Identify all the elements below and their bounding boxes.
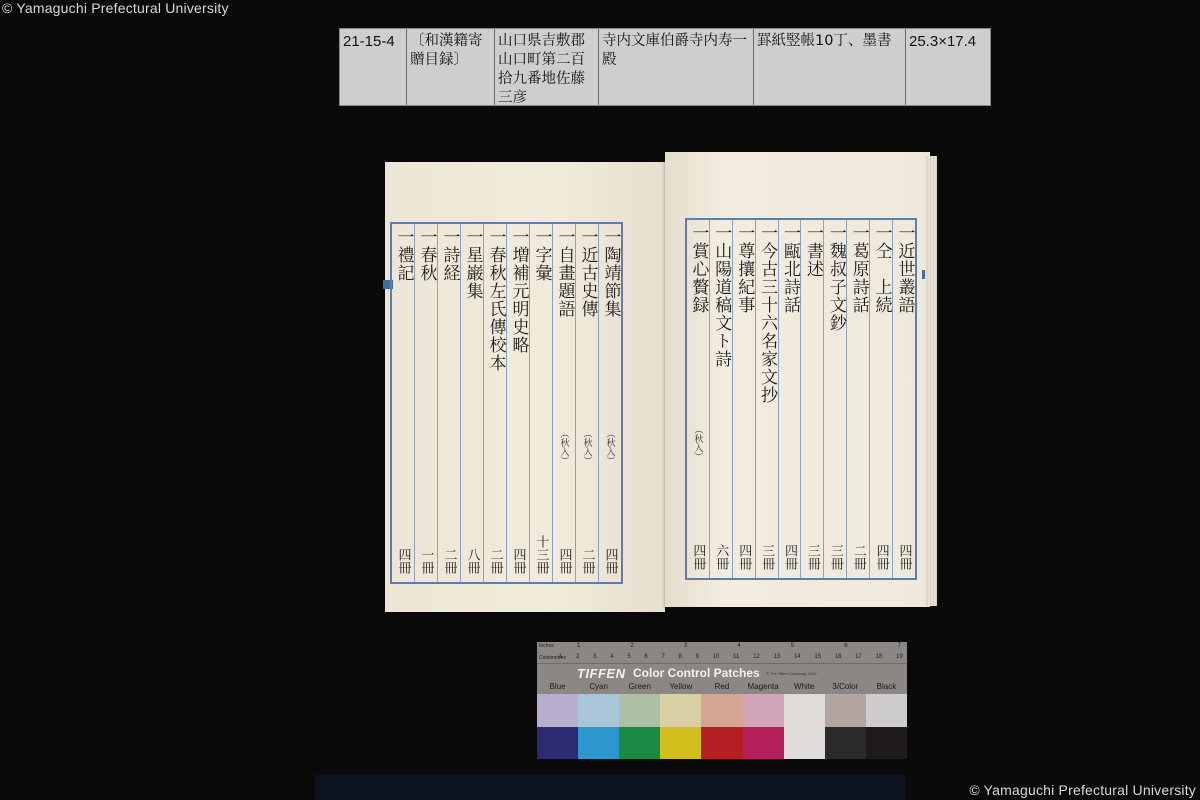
- open-book: 一陶靖節集（秋入）四冊 一近古史傳（秋入）二冊 一自畫題語（秋入）四冊 一字彙十…: [385, 150, 945, 615]
- color-patch-cyan: [578, 694, 619, 759]
- chart-title: Color Control Patches: [633, 666, 760, 680]
- recipient: 寺内文庫伯爵寺内寿一殿: [599, 29, 754, 105]
- copyright-watermark-top: © Yamaguchi Prefectural University: [2, 0, 229, 16]
- left-page-ruled-grid: 一陶靖節集（秋入）四冊 一近古史傳（秋入）二冊 一自畫題語（秋入）四冊 一字彙十…: [390, 222, 623, 584]
- list-item: 一近古史傳（秋入）二冊: [575, 224, 598, 582]
- color-patch-black: [866, 694, 907, 759]
- list-item: 一書述三冊: [800, 220, 823, 578]
- list-item: 一禮記四冊: [392, 224, 414, 582]
- document-title: 〔和漢籍寄贈目録〕: [407, 29, 495, 105]
- color-patch-blue: [537, 694, 578, 759]
- list-item: 一自畫題語（秋入）四冊: [552, 224, 575, 582]
- list-item: 一今古三十六名家文抄三冊: [755, 220, 778, 578]
- call-number: 21-15-4: [340, 29, 407, 105]
- sender-address: 山口県吉敷郡山口町第二百拾九番地佐藤三彦: [495, 29, 599, 105]
- list-item: 一陶靖節集（秋入）四冊: [598, 224, 621, 582]
- color-patch-yellow: [660, 694, 701, 759]
- ruler-inches-label: Inches: [539, 643, 554, 649]
- dimensions: 25.3×17.4: [906, 29, 990, 105]
- list-item: 一仝 上続四冊: [869, 220, 892, 578]
- ruler: Inches Centimetres 1234567 1234567891011…: [537, 642, 907, 664]
- color-patch-white: [784, 694, 825, 759]
- color-patch-3-color: [825, 694, 866, 759]
- copyright-watermark-bottom: © Yamaguchi Prefectural University: [969, 782, 1196, 798]
- list-item: 一魏叔子文鈔三冊: [823, 220, 846, 578]
- list-item: 一山陽道稿文ト詩六冊: [709, 220, 732, 578]
- list-item: 一増補元明史略四冊: [506, 224, 529, 582]
- list-item: 一星巌集八冊: [460, 224, 483, 582]
- list-item: 一字彙十三冊: [529, 224, 552, 582]
- tiffen-logo: TIFFEN: [577, 666, 626, 681]
- list-item: 一春秋左氏傳校本二冊: [483, 224, 506, 582]
- list-item: 一甌北詩話四冊: [778, 220, 801, 578]
- right-page-ruled-grid: 一近世叢語四冊 一仝 上続四冊 一葛原詩話二冊 一魏叔子文鈔三冊 一書述三冊 一…: [685, 218, 917, 580]
- chart-copyright: © The Tiffen Company, 2007: [766, 671, 817, 676]
- right-page: 一近世叢語四冊 一仝 上続四冊 一葛原詩話二冊 一魏叔子文鈔三冊 一書述三冊 一…: [665, 152, 930, 607]
- list-item: 一尊攘紀事四冊: [732, 220, 755, 578]
- format-description: 罫紙竪帳10丁、墨書: [754, 29, 906, 105]
- list-item: 一葛原詩話二冊: [846, 220, 869, 578]
- color-control-chart: Inches Centimetres 1234567 1234567891011…: [537, 642, 907, 759]
- list-item: 一近世叢語四冊: [892, 220, 915, 578]
- list-item: 一詩経二冊: [437, 224, 460, 582]
- color-patch-magenta: [743, 694, 784, 759]
- left-page: 一陶靖節集（秋入）四冊 一近古史傳（秋入）二冊 一自畫題語（秋入）四冊 一字彙十…: [385, 162, 665, 612]
- page-stack-edge: [925, 156, 937, 606]
- inch-ticks: 1234567: [577, 643, 901, 649]
- color-patch-green: [619, 694, 660, 759]
- cm-ticks: 12345678910111213141516171819: [559, 654, 903, 660]
- list-item: 一春秋一冊: [414, 224, 437, 582]
- catalog-label-table: 21-15-4 〔和漢籍寄贈目録〕 山口県吉敷郡山口町第二百拾九番地佐藤三彦 寺…: [339, 28, 991, 106]
- patch-labels: BlueCyanGreenYellowRedMagentaWhite3/Colo…: [537, 682, 907, 691]
- list-item: 一賞心贅録（秋入）四冊: [687, 220, 709, 578]
- color-patches: [537, 694, 907, 759]
- background-strip: [315, 775, 905, 800]
- color-patch-red: [701, 694, 742, 759]
